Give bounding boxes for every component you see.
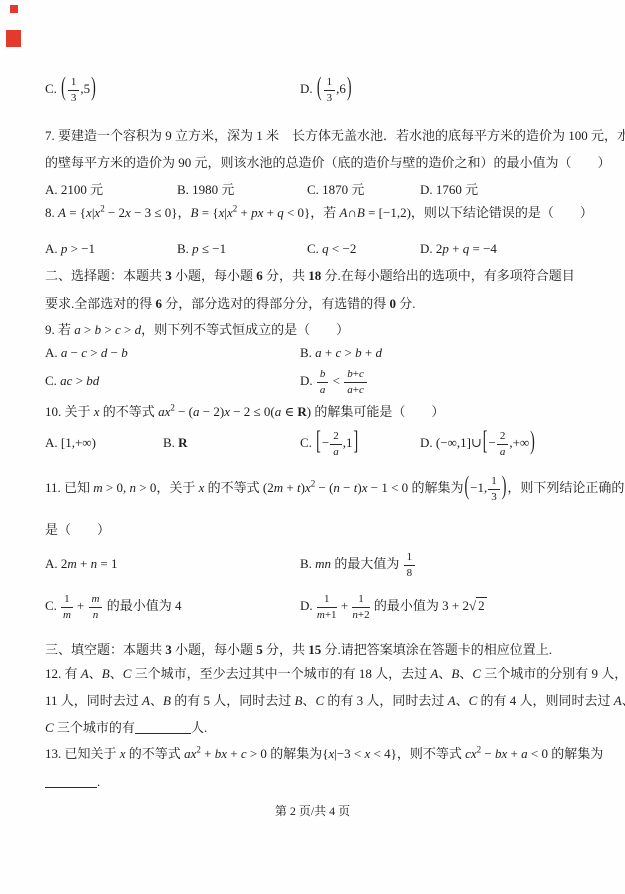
question13-text-line2: . (45, 768, 599, 796)
question10-options: A. [1,+∞) B. R C. [−2a,1] D. (−∞,1]∪[−2a… (45, 420, 599, 467)
question8-option-a: A. p > −1 (45, 236, 177, 262)
question11-option-b: B. mn 的最大值为 18 (300, 544, 599, 584)
question6-options-row: C. (13,5) D. (13,6) (45, 64, 599, 115)
question7-text-line2: 的壁每平方米的造价为 90 元，则该水池的总造价（底的造价与壁的造价之和）的最小… (45, 149, 599, 176)
question11-text-line1: 11. 已知 m > 0, n > 0，关于 x 的不等式 (2m + t)x2… (45, 466, 599, 511)
question9-option-d: D. ba < b+ca+c (300, 360, 599, 402)
question6-option-c: C. (13,5) (45, 64, 300, 115)
question8-text: 8. A = {x|x2 − 2x − 3 ≤ 0}，B = {x|x2 + p… (45, 198, 599, 228)
question10-option-a: A. [1,+∞) (45, 420, 163, 467)
question9-text: 9. 若 a > b > c > d，则下列不等式恒成立的是（ ） (45, 316, 599, 343)
question7: 7. 要建造一个容积为 9 立方米，深为 1 米 长方体无盖水池．若水池的底每平… (45, 122, 599, 176)
question11-option-d: D. 1m+1 + 1n+2 的最小值为 3 + 2√2 (300, 584, 599, 628)
question11-text-line2: 是（ ） (45, 516, 599, 543)
page-number: 第 2 页/共 4 页 (275, 804, 350, 818)
exam-paper-page: C. (13,5) D. (13,6) 7. 要建造一个容积为 9 立方米，深为… (0, 0, 625, 894)
section3-header: 三、填空题：本题共 3 小题，每小题 5 分，共 15 分.请把答案填涂在答题卡… (45, 636, 599, 663)
section2-header: 二、选择题：本题共 3 小题，每小题 6 分，共 18 分.在每小题给出的选项中… (45, 262, 599, 318)
question12-text-line2: 11 人，同时去过 A、B 的有 5 人，同时去过 B、C 的有 3 人，同时去… (45, 687, 599, 714)
question8-options: A. p > −1 B. p ≤ −1 C. q < −2 D. 2p + q … (45, 236, 599, 262)
question10-option-b: B. R (163, 420, 300, 467)
section3-header-line: 三、填空题：本题共 3 小题，每小题 5 分，共 15 分.请把答案填涂在答题卡… (45, 636, 599, 663)
question8-option-b: B. p ≤ −1 (177, 236, 307, 262)
question13-text-line1: 13. 已知关于 x 的不等式 ax2 + bx + c > 0 的解集为{x|… (45, 740, 599, 768)
red-scan-mark-large (6, 30, 21, 47)
question13: 13. 已知关于 x 的不等式 ax2 + bx + c > 0 的解集为{x|… (45, 740, 599, 796)
question11-options-row2: C. 1m + mn 的最小值为 4 D. 1m+1 + 1n+2 的最小值为 … (45, 584, 599, 628)
question11-option-a: A. 2m + n = 1 (45, 544, 300, 584)
question10-option-c: C. [−2a,1] (300, 420, 420, 467)
section2-header-line2: 要求.全部选对的得 6 分，部分选对的得部分分，有选错的得 0 分. (45, 290, 599, 318)
question12-text-line1: 12. 有 A、B、C 三个城市，至少去过其中一个城市的有 18 人，去过 A、… (45, 660, 599, 687)
question6-option-d: D. (13,6) (300, 64, 599, 115)
question9-option-c: C. ac > bd (45, 360, 300, 402)
question7-text-line1: 7. 要建造一个容积为 9 立方米，深为 1 米 长方体无盖水池．若水池的底每平… (45, 122, 599, 149)
question11-continued: 是（ ） (45, 516, 599, 543)
question9: 9. 若 a > b > c > d，则下列不等式恒成立的是（ ） (45, 316, 599, 343)
question12: 12. 有 A、B、C 三个城市，至少去过其中一个城市的有 18 人，去过 A、… (45, 660, 599, 741)
section2-header-line1: 二、选择题：本题共 3 小题，每小题 6 分，共 18 分.在每小题给出的选项中… (45, 262, 599, 290)
question11-option-c: C. 1m + mn 的最小值为 4 (45, 584, 300, 628)
question9-options-row2: C. ac > bd D. ba < b+ca+c (45, 360, 599, 402)
page-footer: 第 2 页/共 4 页 (0, 802, 625, 819)
question12-text-line3: C 三个城市的有人. (45, 714, 599, 741)
question11: 11. 已知 m > 0, n > 0，关于 x 的不等式 (2m + t)x2… (45, 466, 599, 511)
question11-options-row1: A. 2m + n = 1 B. mn 的最大值为 18 (45, 544, 599, 584)
question8: 8. A = {x|x2 − 2x − 3 ≤ 0}，B = {x|x2 + p… (45, 198, 599, 228)
question10-option-d: D. (−∞,1]∪[−2a,+∞) (420, 420, 599, 467)
question8-option-c: C. q < −2 (307, 236, 420, 262)
red-scan-mark-small (10, 5, 18, 13)
question8-option-d: D. 2p + q = −4 (420, 236, 599, 262)
